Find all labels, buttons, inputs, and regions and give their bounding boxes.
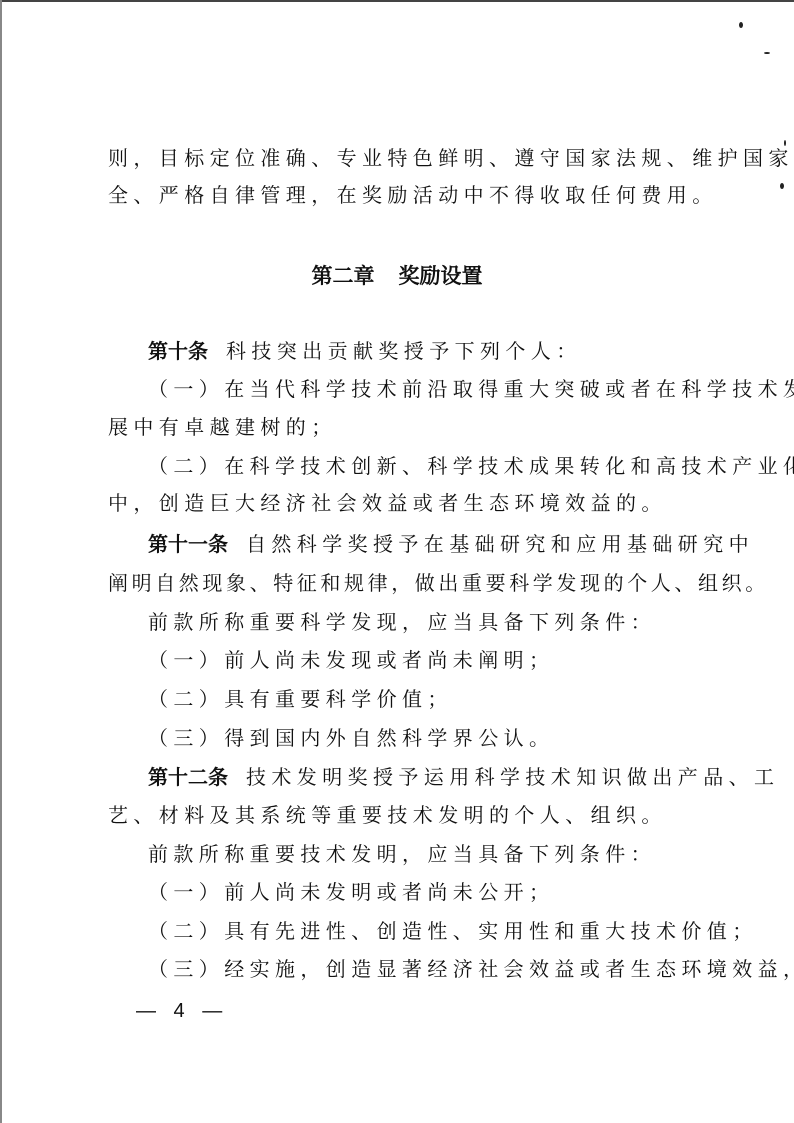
scan-top-edge bbox=[0, 0, 794, 2]
list-item: （二）具有先进性、创造性、实用性和重大技术价值； bbox=[108, 919, 716, 943]
article-text: 科技突出贡献奖授予下列个人： bbox=[226, 339, 582, 363]
paragraph-line: 全、严格自律管理，在奖励活动中不得收取任何费用。 bbox=[108, 183, 716, 207]
article-label: 第十二条 bbox=[148, 765, 228, 789]
conditions-intro: 前款所称重要技术发明，应当具备下列条件： bbox=[108, 842, 716, 866]
scan-speck bbox=[739, 22, 743, 28]
scan-speck bbox=[780, 183, 784, 189]
list-item: （一）在当代科学技术前沿取得重大突破或者在科学技术发 bbox=[108, 377, 716, 401]
article-text: 技术发明奖授予运用科学技术知识做出产品、工 bbox=[246, 765, 779, 789]
list-item: （三）得到国内外自然科学界公认。 bbox=[108, 726, 716, 750]
chapter-title: 奖励设置 bbox=[399, 264, 483, 288]
scan-left-edge bbox=[0, 0, 2, 1123]
chapter-number: 第二章 bbox=[312, 264, 375, 288]
list-item: （二）具有重要科学价值； bbox=[108, 687, 716, 711]
paragraph-line: 艺、材料及其系统等重要技术发明的个人、组织。 bbox=[108, 803, 716, 827]
list-item: （三）经实施，创造显著经济社会效益或者生态环境效益， bbox=[108, 957, 716, 981]
list-item: （一）前人尚未发现或者尚未阐明； bbox=[108, 648, 716, 672]
article-label: 第十一条 bbox=[148, 532, 228, 556]
list-item: （一）前人尚未发明或者尚未公开； bbox=[108, 880, 716, 904]
article-12: 第十二条技术发明奖授予运用科学技术知识做出产品、工 bbox=[108, 765, 716, 789]
list-item-continued: 中，创造巨大经济社会效益或者生态环境效益的。 bbox=[108, 491, 716, 515]
scan-speck bbox=[764, 52, 770, 54]
page-number: — 4 — bbox=[136, 1000, 228, 1023]
article-10: 第十条科技突出贡献奖授予下列个人： bbox=[108, 339, 716, 363]
paragraph-line: 则，目标定位准确、专业特色鲜明、遵守国家法规、维护国家安 bbox=[108, 146, 716, 170]
paragraph-line: 阐明自然现象、特征和规律，做出重要科学发现的个人、组织。 bbox=[108, 571, 716, 595]
list-item: （二）在科学技术创新、科学技术成果转化和高技术产业化 bbox=[108, 454, 716, 478]
chapter-heading: 第二章奖励设置 bbox=[0, 260, 794, 290]
conditions-intro: 前款所称重要科学发现，应当具备下列条件： bbox=[108, 610, 716, 634]
article-text: 自然科学奖授予在基础研究和应用基础研究中 bbox=[246, 532, 754, 556]
article-label: 第十条 bbox=[148, 339, 208, 363]
article-11: 第十一条自然科学奖授予在基础研究和应用基础研究中 bbox=[108, 532, 716, 556]
list-item-continued: 展中有卓越建树的； bbox=[108, 415, 716, 439]
